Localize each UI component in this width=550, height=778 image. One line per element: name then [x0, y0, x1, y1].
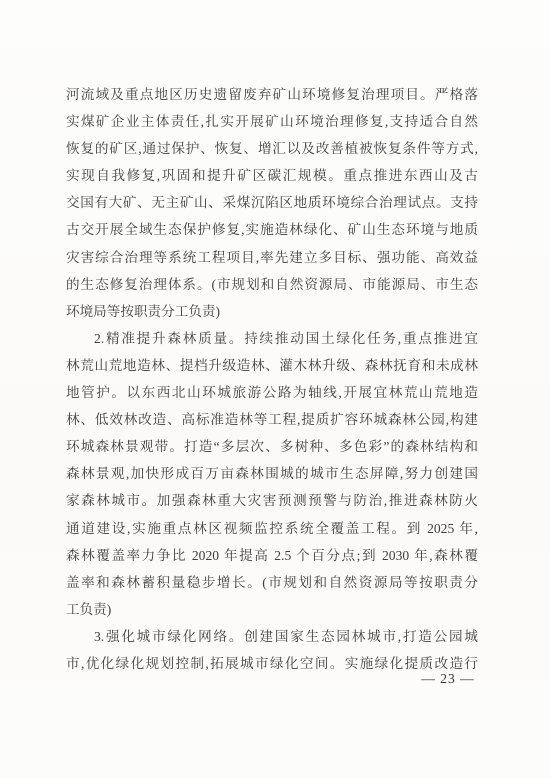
text-line: 古交开展全域生态保护修复,实施造林绿化、矿山生态环境与地质 [66, 216, 478, 243]
text-line: 环境局等按职责分工负责) [66, 298, 478, 325]
text-line: 通道建设,实施重点林区视频监控系统全覆盖工程。到 2025 年, [66, 515, 478, 542]
text-line: 森林景观,加快形成百万亩森林围城的城市生态屏障,努力创建国 [66, 460, 478, 487]
text-line: 林、低效林改造、高标准造林等工程,提质扩容环城森林公园,构建 [66, 406, 478, 433]
text-line: 灾害综合治理等系统工程项目,率先建立多目标、强功能、高效益 [66, 244, 478, 271]
document-page: 河流域及重点地区历史遗留废弃矿山环境修复治理项目。严格落 实煤矿企业主体责任,扎… [0, 0, 550, 778]
text-line: 地管护。以东西北山环城旅游公路为轴线,开展宜林荒山荒地造 [66, 379, 478, 406]
text-line: 森林覆盖率力争比 2020 年提高 2.5 个百分点;到 2030 年,森林覆 [66, 542, 478, 569]
text-line: 实煤矿企业主体责任,扎实开展矿山环境治理修复,支持适合自然 [66, 108, 478, 135]
text-line: 2.精准提升森林质量。持续推动国土绿化任务,重点推进宜 [66, 325, 478, 352]
text-line: 林荒山荒地造林、提档升级造林、灌木林升级、森林抚育和未成林 [66, 352, 478, 379]
page-number: — 23 — [413, 671, 483, 687]
body-text: 河流域及重点地区历史遗留废弃矿山环境修复治理项目。严格落 实煤矿企业主体责任,扎… [66, 81, 478, 677]
text-line: 工负责) [66, 596, 478, 623]
text-line: 3.强化城市绿化网络。创建国家生态园林城市,打造公园城 [66, 623, 478, 650]
text-line: 交国有大矿、无主矿山、采煤沉陷区地质环境综合治理试点。支持 [66, 189, 478, 216]
text-line: 家森林城市。加强森林重大灾害预测预警与防治,推进森林防火 [66, 487, 478, 514]
text-line: 恢复的矿区,通过保护、恢复、增汇以及改善植被恢复条件等方式, [66, 135, 478, 162]
text-line: 盖率和森林蓄积量稳步增长。(市规划和自然资源局等按职责分 [66, 569, 478, 596]
text-line: 环城森林景观带。打造“多层次、多树种、多色彩”的森林结构和 [66, 433, 478, 460]
text-line: 河流域及重点地区历史遗留废弃矿山环境修复治理项目。严格落 [66, 81, 478, 108]
text-line: 的生态修复治理体系。(市规划和自然资源局、市能源局、市生态 [66, 271, 478, 298]
text-line: 实现自我修复,巩固和提升矿区碳汇规模。重点推进东西山及古 [66, 162, 478, 189]
